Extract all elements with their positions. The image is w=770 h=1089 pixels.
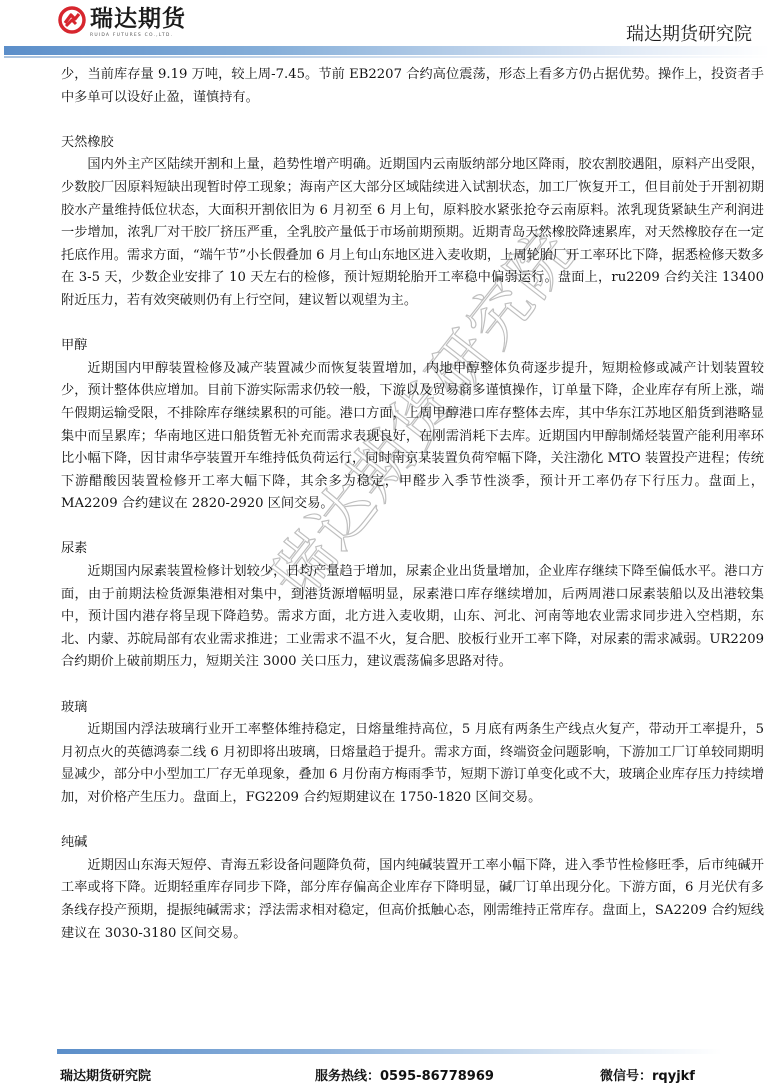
section-title-rubber: 天然橡胶 — [61, 132, 764, 155]
footer-gradient-bar — [57, 1049, 722, 1054]
footer-wechat: 微信号：rqyjkf — [600, 1065, 695, 1084]
footer-org: 瑞达期货研究院 — [60, 1065, 151, 1084]
logo-english-name: RUIDA FUTURES CO.,LTD. — [90, 33, 186, 38]
company-logo: 瑞达期货 RUIDA FUTURES CO.,LTD. — [58, 6, 186, 38]
section-title-methanol: 甲醇 — [61, 335, 764, 358]
page-header: 瑞达期货 RUIDA FUTURES CO.,LTD. 瑞达期货研究院 — [0, 0, 770, 58]
ruida-logo-icon — [58, 6, 86, 34]
section-body-soda-ash: 近期因山东海天短停、青海五彩设备问题降负荷，国内纯碱装置开工率小幅下降，进入季节… — [61, 855, 764, 945]
intro-paragraph: 少，当前库存量 9.19 万吨，较上周-7.45。节前 EB2207 合约高位震… — [61, 64, 764, 109]
section-body-glass: 近期国内浮法玻璃行业开工率整体维持稳定，日熔量维持高位，5 月底有两条生产线点火… — [61, 719, 764, 809]
header-divider — [4, 56, 770, 58]
report-body: 少，当前库存量 9.19 万吨，较上周-7.45。节前 EB2207 合约高位震… — [61, 64, 764, 945]
section-body-urea: 近期国内尿素装置检修计划较少，日均产量趋于增加，尿素企业出货量增加，企业库存继续… — [61, 561, 764, 674]
section-body-rubber: 国内外主产区陆续开割和上量，趋势性增产明确。近期国内云南版纳部分地区降雨，胶农割… — [61, 154, 764, 312]
section-body-methanol: 近期国内甲醇装置检修及减产装置减少而恢复装置增加，内地甲醇整体负荷逐步提升，短期… — [61, 358, 764, 516]
section-title-urea: 尿素 — [61, 538, 764, 561]
header-gradient-bar — [4, 46, 770, 55]
footer-hotline: 服务热线：0595-86778969 — [315, 1065, 494, 1084]
header-title: 瑞达期货研究院 — [626, 20, 752, 46]
section-title-soda-ash: 纯碱 — [61, 832, 764, 855]
section-title-glass: 玻璃 — [61, 697, 764, 720]
page-footer: 瑞达期货研究院 服务热线：0595-86778969 微信号：rqyjkf — [60, 1065, 720, 1083]
logo-chinese-name: 瑞达期货 — [90, 6, 186, 32]
